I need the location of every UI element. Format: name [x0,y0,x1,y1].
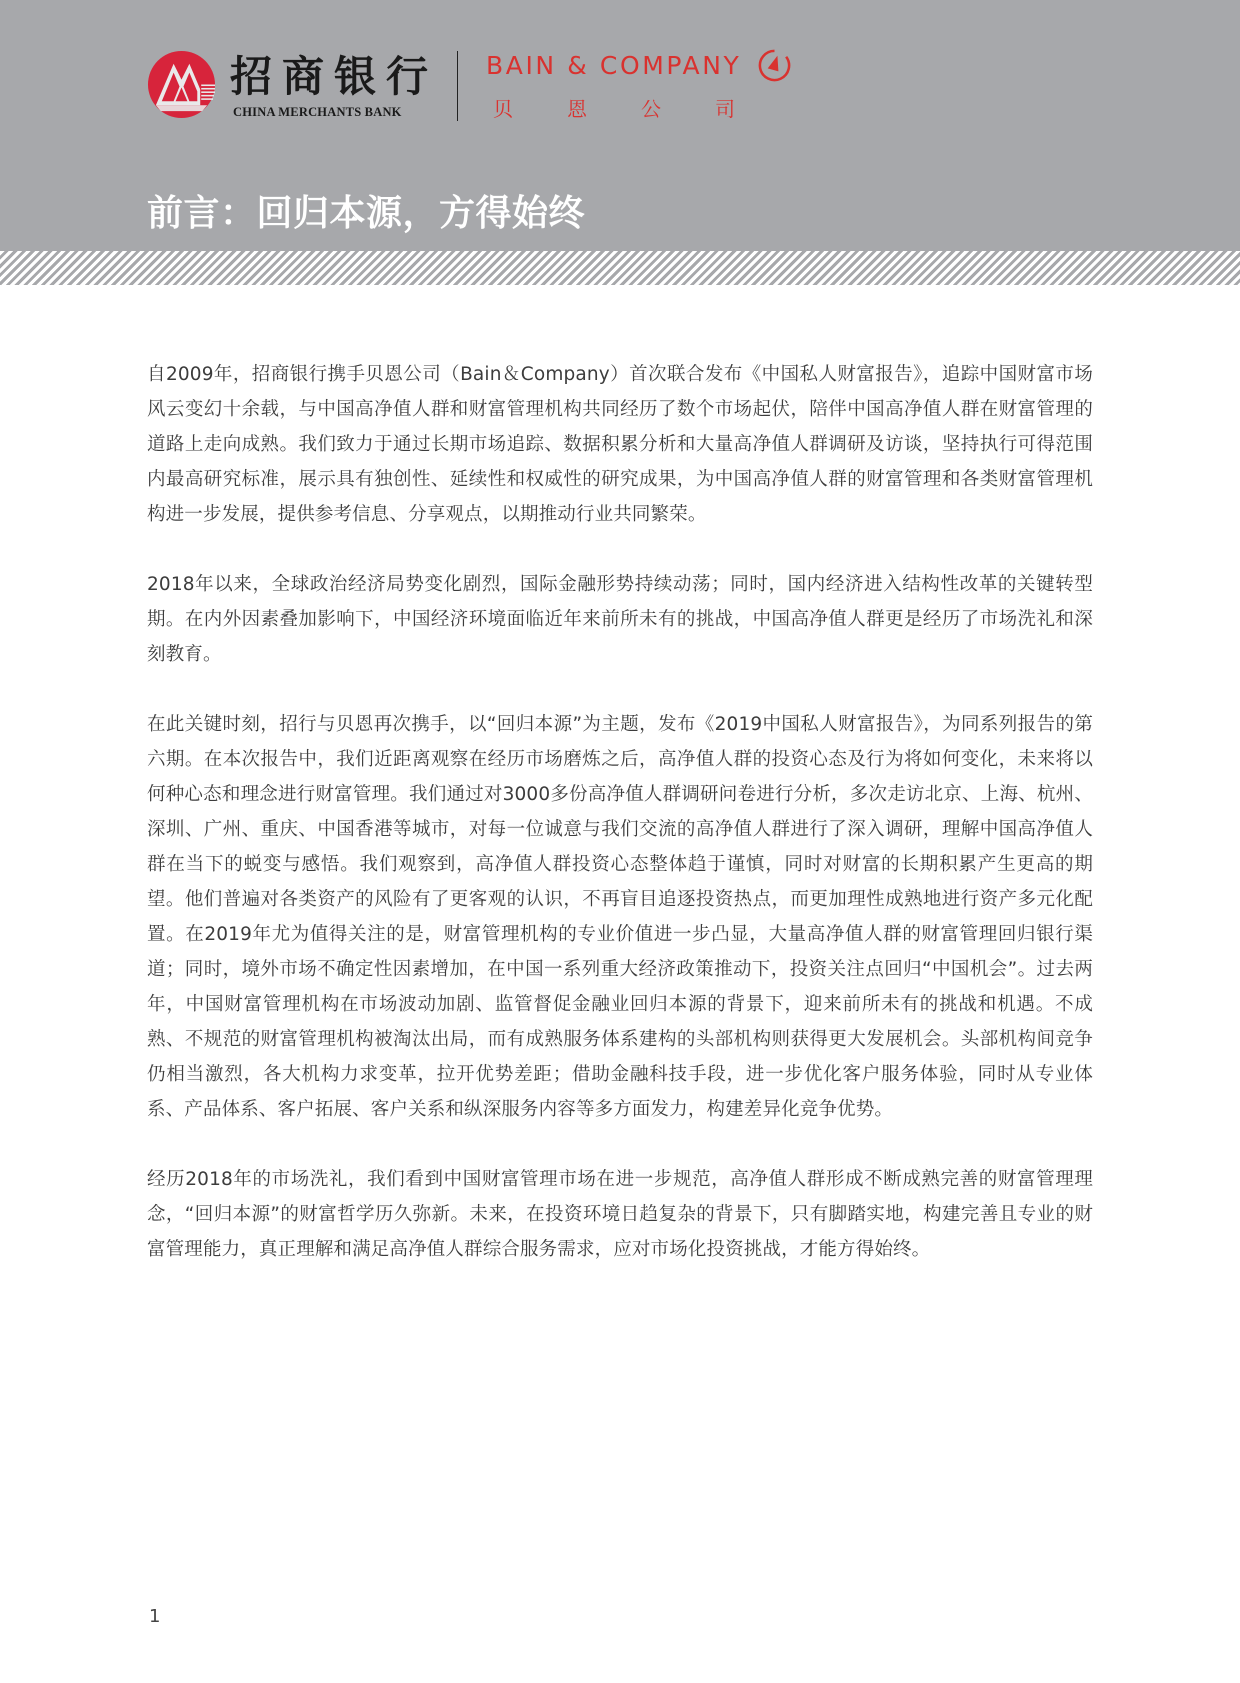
hatched-divider-band [0,251,1240,285]
cmb-name-cn: 招商银行 [230,52,438,102]
cmb-m-logo-icon [147,50,216,119]
preface-body: 自2009年，招商银行携手贝恩公司（Bain＆Company）首次联合发布《中国… [147,357,1093,1302]
bain-name-cn: 贝恩公司 [493,96,789,122]
paragraph-2: 2018年以来，全球政治经济局势变化剧烈，国际金融形势持续动荡；同时，国内经济进… [147,567,1093,672]
paragraph-1: 自2009年，招商银行携手贝恩公司（Bain＆Company）首次联合发布《中国… [147,357,1093,532]
bain-cn-char: 恩 [567,96,641,122]
bain-name-en: BAIN & COMPANY [486,50,741,82]
bain-cn-char: 司 [715,96,789,122]
header-banner: 招商银行 CHINA MERCHANTS BANK BAIN & COMPANY… [0,0,1240,251]
paragraph-4: 经历2018年的市场洗礼，我们看到中国财富管理市场在进一步规范，高净值人群形成不… [147,1162,1093,1267]
page-title: 前言：回归本源，方得始终 [147,192,585,236]
bain-cn-char: 贝 [493,96,567,122]
paragraph-3: 在此关键时刻，招行与贝恩再次携手，以“回归本源”为主题，发布《2019中国私人财… [147,707,1093,1127]
page-number: 1 [149,1606,160,1627]
logo-divider [457,51,458,121]
bain-cn-char: 公 [641,96,715,122]
cmb-name-en: CHINA MERCHANTS BANK [233,105,402,120]
bain-compass-icon [757,48,792,83]
